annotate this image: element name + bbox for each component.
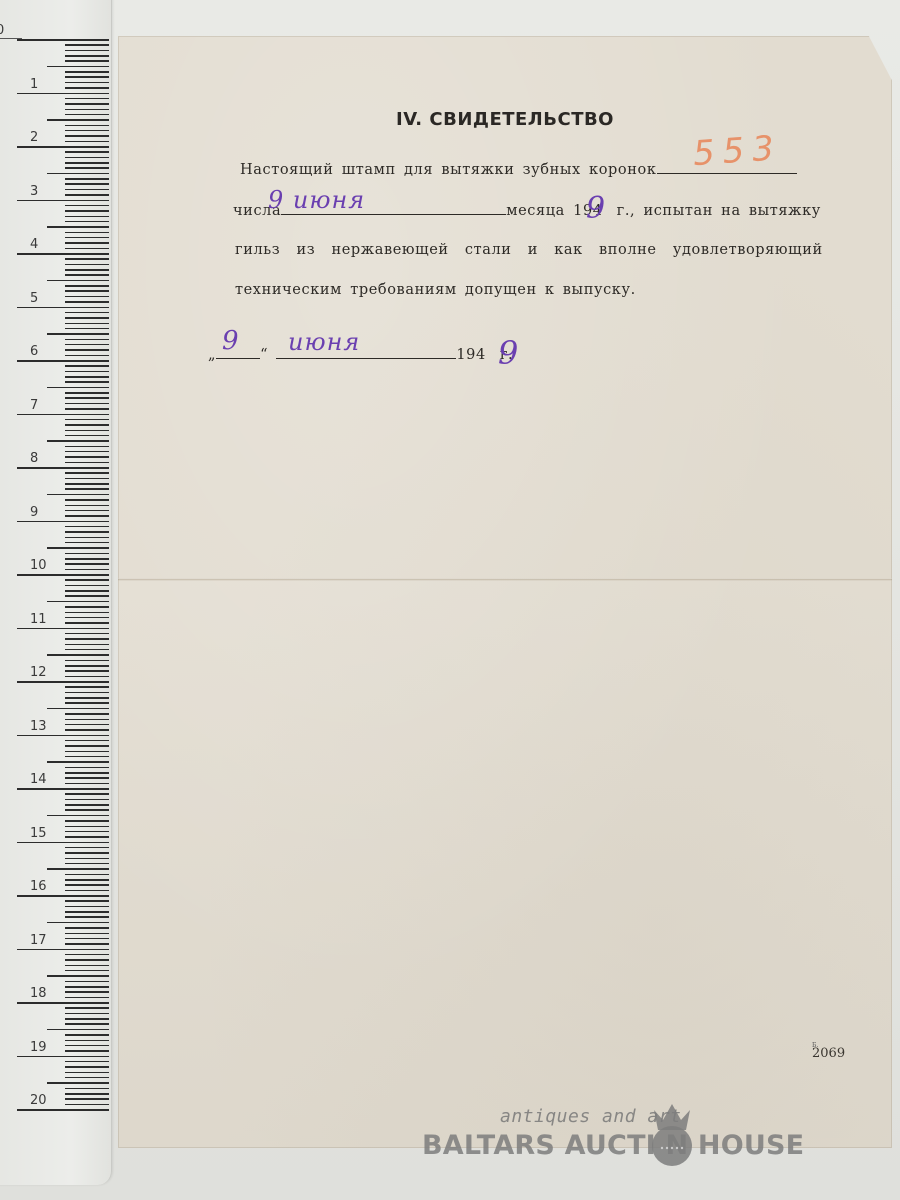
ruler-minor-tick — [65, 510, 109, 512]
ruler-minor-tick — [65, 488, 109, 490]
ruler-minor-tick — [65, 686, 109, 688]
ruler-minor-tick — [65, 130, 109, 132]
ruler-minor-tick — [65, 451, 109, 453]
ruler-minor-tick — [65, 430, 109, 432]
ruler-minor-tick — [65, 1088, 109, 1090]
ruler-label: 15 — [30, 827, 47, 840]
ruler-minor-tick — [65, 740, 109, 742]
ruler-minor-tick — [65, 745, 109, 747]
ruler-minor-tick — [65, 355, 109, 357]
handwritten-year-digit-2: 9 — [498, 334, 518, 372]
ruler-half-tick — [47, 601, 109, 603]
ruler-minor-tick — [65, 526, 109, 528]
ruler-minor-tick — [65, 676, 109, 678]
ruler-minor-tick — [65, 965, 109, 967]
ruler-minor-tick — [65, 141, 109, 143]
ruler-minor-tick — [65, 858, 109, 860]
month-blank — [276, 357, 456, 359]
line2-suffix: г., испытан на вытяжку — [617, 203, 821, 219]
ruler-minor-tick — [65, 660, 109, 662]
ruler-minor-tick — [65, 456, 109, 458]
ruler-half-tick — [47, 975, 109, 977]
ruler-minor-tick — [65, 365, 109, 367]
ruler-minor-tick — [65, 1040, 109, 1042]
ruler-minor-tick — [65, 879, 109, 881]
ruler-minor-tick — [65, 890, 109, 892]
handwritten-day: 9 — [222, 326, 239, 356]
ruler-label: 0 — [0, 24, 4, 37]
ruler-minor-tick — [65, 777, 109, 779]
ruler-major-tick — [17, 307, 109, 309]
ruler-minor-tick — [65, 178, 109, 180]
ruler-major-tick — [17, 39, 109, 41]
ruler-minor-tick — [65, 847, 109, 849]
ruler-minor-tick — [65, 55, 109, 57]
ruler-minor-tick — [65, 317, 109, 319]
section-title: IV. СВИДЕТЕЛЬСТВО — [118, 109, 892, 130]
date-open-quote: „ — [208, 347, 216, 363]
ruler-minor-tick — [65, 296, 109, 298]
ruler-minor-tick — [65, 997, 109, 999]
ruler-minor-tick — [65, 916, 109, 918]
ruler-half-tick — [47, 761, 109, 763]
ruler-minor-tick — [65, 617, 109, 619]
ruler-minor-tick — [65, 424, 109, 426]
handwritten-year-digit: 9 — [586, 191, 605, 226]
ruler-label: 18 — [30, 987, 47, 1000]
ruler-label: 6 — [30, 345, 38, 358]
ruler-label: 17 — [30, 934, 47, 947]
day-blank — [216, 357, 260, 359]
ruler-half-tick — [47, 119, 109, 121]
ruler-minor-tick — [65, 649, 109, 651]
ruler-minor-tick — [65, 836, 109, 838]
ruler-minor-tick — [65, 852, 109, 854]
ruler-minor-tick — [65, 125, 109, 127]
ruler-minor-tick — [65, 911, 109, 913]
ruler-minor-tick — [65, 579, 109, 581]
ruler-major-tick — [17, 788, 109, 790]
ruler-minor-tick — [65, 103, 109, 105]
ruler-label: 5 — [30, 292, 38, 305]
ruler-label: 7 — [30, 399, 38, 412]
ruler-major-tick — [17, 949, 109, 951]
measuring-ruler: 01234567891011121314151617181920 — [0, 0, 112, 1185]
ruler-major-tick — [17, 467, 109, 469]
ruler-minor-tick — [65, 933, 109, 935]
ruler-minor-tick — [65, 50, 109, 52]
ruler-minor-tick — [65, 109, 109, 111]
ruler-minor-tick — [65, 274, 109, 276]
ruler-minor-tick — [65, 799, 109, 801]
ruler-minor-tick — [65, 435, 109, 437]
ruler-minor-tick — [65, 60, 109, 62]
handwritten-date: 9 июня — [268, 186, 365, 214]
ruler-major-tick — [17, 93, 109, 95]
certificate-page: IV. СВИДЕТЕЛЬСТВО Настоящий штамп для вы… — [118, 36, 892, 1148]
ruler-minor-tick — [65, 1061, 109, 1063]
ruler-label: 12 — [30, 666, 47, 679]
ruler-label: 9 — [30, 506, 38, 519]
ruler-major-tick — [17, 1056, 109, 1058]
ruler-minor-tick — [65, 408, 109, 410]
ruler-minor-tick — [65, 553, 109, 555]
ruler-minor-tick — [65, 713, 109, 715]
paper-lower-half — [118, 581, 892, 1148]
ruler-major-tick — [17, 842, 109, 844]
ruler-major-tick — [17, 200, 109, 202]
ruler-half-tick — [47, 387, 109, 389]
ruler-minor-tick — [65, 403, 109, 405]
ruler-minor-tick — [65, 419, 109, 421]
ruler-label: 8 — [30, 452, 38, 465]
ruler-minor-tick — [65, 772, 109, 774]
ruler-minor-tick — [65, 954, 109, 956]
ruler-minor-tick — [65, 724, 109, 726]
ruler-minor-tick — [65, 312, 109, 314]
ruler-minor-tick — [65, 515, 109, 517]
ruler-minor-tick — [65, 371, 109, 373]
ruler-label: 14 — [30, 773, 47, 786]
line1-text: Настоящий штамп для вытяжки зубных корон… — [240, 162, 657, 178]
ruler-minor-tick — [65, 1045, 109, 1047]
ruler-minor-tick — [65, 809, 109, 811]
ruler-half-tick — [47, 1082, 109, 1084]
ruler-minor-tick — [65, 633, 109, 635]
ruler-label: 10 — [30, 559, 47, 572]
ruler-minor-tick — [65, 638, 109, 640]
ruler-minor-tick — [65, 285, 109, 287]
ruler-minor-tick — [65, 670, 109, 672]
ruler-major-tick — [17, 1002, 109, 1004]
ruler-minor-tick — [65, 339, 109, 341]
ruler-minor-tick — [65, 783, 109, 785]
ruler-minor-tick — [65, 157, 109, 159]
ruler-minor-tick — [65, 167, 109, 169]
ruler-half-tick — [47, 1029, 109, 1031]
ruler-label: 13 — [30, 720, 47, 733]
ruler-label: 11 — [30, 613, 47, 626]
ruler-minor-tick — [65, 719, 109, 721]
ruler-minor-tick — [65, 323, 109, 325]
date-line: „“ 194г. — [208, 347, 513, 363]
ruler-label: 3 — [30, 185, 38, 198]
ruler-minor-tick — [65, 44, 109, 46]
ruler-minor-tick — [65, 248, 109, 250]
ruler-minor-tick — [65, 499, 109, 501]
ruler-label: 20 — [30, 1094, 47, 1107]
ruler-minor-tick — [65, 665, 109, 667]
ruler-minor-tick — [65, 87, 109, 89]
ruler-half-tick — [47, 708, 109, 710]
ruler-minor-tick — [65, 612, 109, 614]
ruler-minor-tick — [65, 162, 109, 164]
certificate-line-3: гильз из нержавеющей стали и как вполне … — [235, 242, 823, 258]
year-prefix: 194 — [456, 347, 485, 363]
ruler-minor-tick — [65, 1077, 109, 1079]
ruler-half-tick — [47, 280, 109, 282]
stamp-number-handwritten: 553 — [692, 128, 783, 174]
ruler-minor-tick — [65, 210, 109, 212]
ruler-minor-tick — [65, 563, 109, 565]
ruler-minor-tick — [65, 729, 109, 731]
certificate-line-4: техническим требованиям допущен к выпуск… — [235, 282, 636, 298]
ruler-minor-tick — [65, 392, 109, 394]
ruler-minor-tick — [65, 1066, 109, 1068]
ruler-minor-tick — [65, 71, 109, 73]
ruler-half-tick — [47, 494, 109, 496]
ruler-minor-tick — [65, 232, 109, 234]
ruler-minor-tick — [65, 381, 109, 383]
ruler-label: 19 — [30, 1041, 47, 1054]
ruler-minor-tick — [65, 472, 109, 474]
ruler-minor-tick — [65, 1093, 109, 1095]
ruler-minor-tick — [65, 767, 109, 769]
ruler-minor-tick — [65, 1072, 109, 1074]
ruler-minor-tick — [65, 446, 109, 448]
ruler-minor-tick — [65, 397, 109, 399]
ruler-minor-tick — [65, 826, 109, 828]
ruler-half-tick — [47, 547, 109, 549]
ruler-half-tick — [47, 922, 109, 924]
ruler-minor-tick — [65, 216, 109, 218]
ruler-minor-tick — [65, 264, 109, 266]
ruler-major-tick — [17, 895, 109, 897]
handwritten-month: июня — [288, 328, 360, 356]
ruler-label: 4 — [30, 238, 38, 251]
form-number: 2069 — [812, 1046, 845, 1061]
ruler-minor-tick — [65, 483, 109, 485]
ruler-minor-tick — [65, 151, 109, 153]
ruler-minor-tick — [65, 269, 109, 271]
ruler-minor-tick — [65, 981, 109, 983]
ruler-minor-tick — [65, 692, 109, 694]
ruler-major-tick — [17, 414, 109, 416]
ruler-minor-tick — [65, 884, 109, 886]
ruler-minor-tick — [65, 970, 109, 972]
ruler-minor-tick — [65, 831, 109, 833]
ruler-minor-tick — [65, 1098, 109, 1100]
ruler-major-tick — [17, 146, 109, 148]
ruler-minor-tick — [65, 863, 109, 865]
ruler-minor-tick — [65, 76, 109, 78]
ruler-minor-tick — [65, 622, 109, 624]
ruler-major-tick — [17, 628, 109, 630]
ruler-label: 2 — [30, 131, 38, 144]
ruler-minor-tick — [65, 1023, 109, 1025]
ruler-minor-tick — [65, 644, 109, 646]
ruler-major-tick — [17, 360, 109, 362]
ruler-minor-tick — [65, 242, 109, 244]
ruler-minor-tick — [65, 756, 109, 758]
ruler-minor-tick — [65, 927, 109, 929]
ruler-half-tick — [47, 868, 109, 870]
ruler-minor-tick — [65, 804, 109, 806]
ruler-minor-tick — [65, 900, 109, 902]
ruler-major-tick — [17, 521, 109, 523]
ruler-minor-tick — [65, 558, 109, 560]
ruler-minor-tick — [65, 349, 109, 351]
ruler-minor-tick — [65, 301, 109, 303]
ruler-minor-tick — [65, 1050, 109, 1052]
date-close-quote: “ — [260, 347, 268, 363]
ruler-minor-tick — [65, 478, 109, 480]
ruler-minor-tick — [65, 702, 109, 704]
ruler-minor-tick — [65, 462, 109, 464]
ruler-minor-tick — [65, 328, 109, 330]
ruler-minor-tick — [65, 376, 109, 378]
ruler-minor-tick — [65, 205, 109, 207]
ruler-minor-tick — [65, 751, 109, 753]
ruler-minor-tick — [65, 943, 109, 945]
ruler-half-tick — [47, 66, 109, 68]
ruler-major-tick — [17, 1109, 109, 1111]
ruler-minor-tick — [65, 991, 109, 993]
ruler-minor-tick — [65, 542, 109, 544]
ruler-half-tick — [47, 173, 109, 175]
ruler-label: 1 — [30, 78, 38, 91]
ruler-half-tick — [47, 226, 109, 228]
ruler-minor-tick — [65, 194, 109, 196]
ruler-minor-tick — [65, 189, 109, 191]
ruler-minor-tick — [65, 906, 109, 908]
ruler-minor-tick — [65, 1104, 109, 1106]
ruler-minor-tick — [65, 135, 109, 137]
ruler-half-tick — [47, 333, 109, 335]
ruler-minor-tick — [65, 537, 109, 539]
ruler-minor-tick — [65, 986, 109, 988]
ruler-major-tick — [17, 574, 109, 576]
ruler-minor-tick — [65, 237, 109, 239]
ruler-major-tick — [17, 253, 109, 255]
ruler-half-tick — [47, 440, 109, 442]
ruler-minor-tick — [65, 290, 109, 292]
ruler-minor-tick — [65, 697, 109, 699]
ruler-minor-tick — [65, 820, 109, 822]
ruler-minor-tick — [65, 959, 109, 961]
ruler-major-tick — [17, 681, 109, 683]
ruler-minor-tick — [65, 938, 109, 940]
ruler-minor-tick — [65, 606, 109, 608]
stamp-number-blank — [657, 172, 797, 174]
ruler-minor-tick — [65, 585, 109, 587]
ruler-minor-tick — [65, 569, 109, 571]
ruler-minor-tick — [65, 221, 109, 223]
ruler-minor-tick — [65, 793, 109, 795]
ruler-minor-tick — [65, 531, 109, 533]
ruler-minor-tick — [65, 258, 109, 260]
ruler-minor-tick — [65, 1034, 109, 1036]
ruler-minor-tick — [65, 1013, 109, 1015]
ruler-minor-tick — [65, 82, 109, 84]
ruler-minor-tick — [65, 874, 109, 876]
ruler-minor-tick — [65, 114, 109, 116]
ruler-minor-tick — [65, 344, 109, 346]
ruler-minor-tick — [65, 1018, 109, 1020]
ruler-half-tick — [47, 654, 109, 656]
ruler-minor-tick — [65, 183, 109, 185]
ruler-minor-tick — [65, 1007, 109, 1009]
ruler-minor-tick — [65, 505, 109, 507]
ruler-half-tick — [47, 815, 109, 817]
ruler-minor-tick — [65, 98, 109, 100]
ruler-minor-tick — [65, 590, 109, 592]
ruler-label: 16 — [30, 880, 47, 893]
ruler-major-tick — [17, 735, 109, 737]
ruler-minor-tick — [65, 595, 109, 597]
